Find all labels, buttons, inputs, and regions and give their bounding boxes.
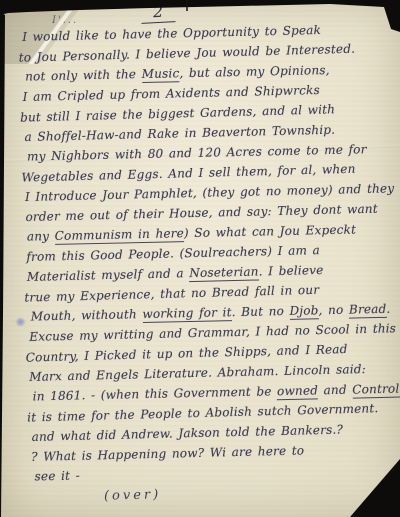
underlined-text: Communism in here [55, 226, 185, 244]
letter-text: Mouth, withouth [31, 307, 143, 323]
letter-text: . I believe [258, 263, 323, 279]
over-note: (over) [104, 487, 162, 504]
blue-ink-smudge [15, 318, 26, 326]
photo-seam-mark [186, 0, 188, 11]
underlined-text: Noseterian [189, 264, 259, 281]
underlined-text: Controled [352, 381, 400, 398]
letter-text: any [27, 229, 55, 244]
underlined-text: working for it [142, 305, 232, 322]
letter-text: in 1861. - (when this Government be [33, 384, 278, 403]
letter-text: see it - [34, 468, 80, 483]
letter-text: , no [318, 303, 349, 318]
underlined-text: owned [277, 383, 318, 399]
letter-text: not only with the [25, 67, 142, 83]
letter-text: ) So what can Jou Expeckt [184, 222, 356, 240]
letter-text: . But no [231, 304, 289, 319]
letter-text: and [318, 383, 352, 398]
letter-text: . [386, 302, 390, 316]
letter-text: Materialist myself and a [27, 266, 190, 284]
letter-page: I'... 2 I would like to have the Opportu… [0, 0, 400, 517]
letter-text: , but also my Opinions, [179, 63, 330, 80]
photo-background: I'... 2 I would like to have the Opportu… [0, 0, 400, 517]
underlined-text: Music [142, 66, 180, 82]
underlined-text: Djob [289, 303, 318, 319]
letter-body: I would like to have the Opportunity to … [21, 18, 400, 487]
underlined-text: Bread [349, 302, 387, 318]
